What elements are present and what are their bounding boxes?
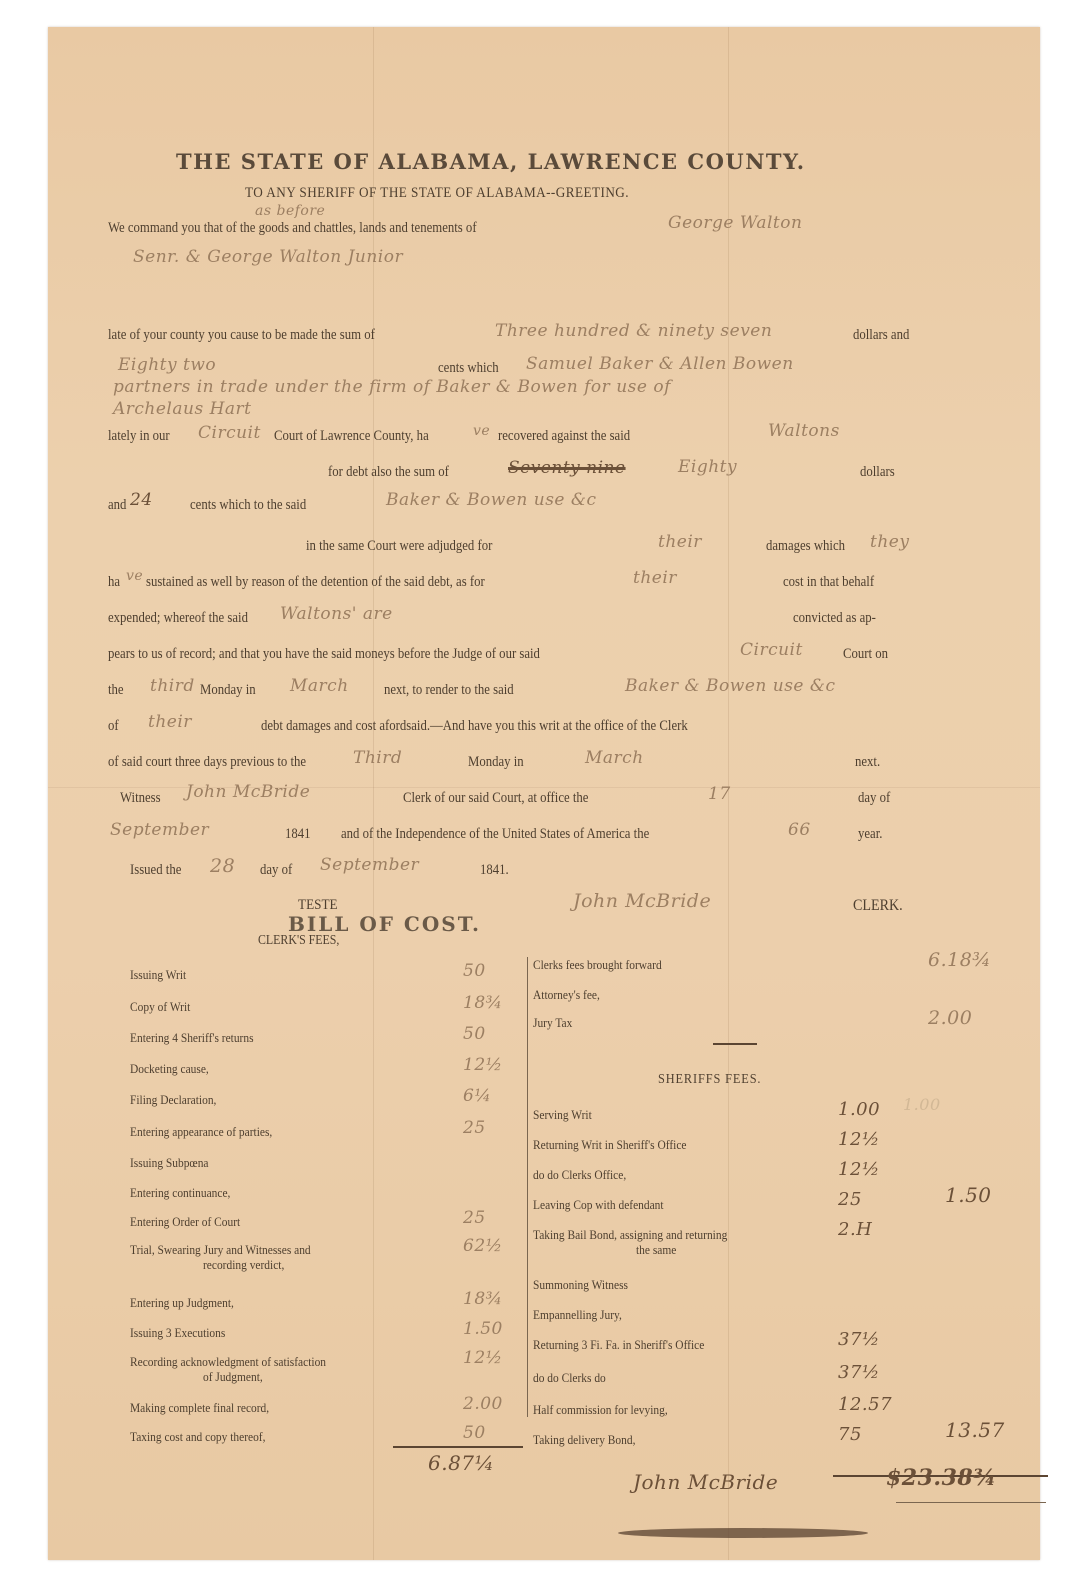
handwritten-use-of: Archelaus Hart <box>113 399 252 419</box>
handwritten-insert: ve <box>473 423 490 439</box>
handwritten-their: their <box>633 568 677 588</box>
fee-label: Clerks fees brought forward <box>533 957 662 973</box>
writ-line: lately in our <box>108 428 170 445</box>
handwritten-insert: as before <box>255 203 325 219</box>
handwritten-defendant-2: Senr. & George Walton Junior <box>133 247 403 267</box>
handwritten-plaintiffs: Baker & Bowen use &c <box>625 676 836 696</box>
clerk-label: CLERK. <box>853 897 903 915</box>
fee-label: Docketing cause, <box>130 1061 209 1077</box>
handwritten-cents: 24 <box>130 490 153 510</box>
fee-label-continued: recording verdict, <box>203 1257 284 1273</box>
fee-label: do do Clerks Office, <box>533 1167 626 1183</box>
fee-amount: 37½ <box>838 1329 880 1350</box>
handwritten-court: Circuit <box>740 640 803 660</box>
writ-line: day of <box>858 790 890 807</box>
ink-flourish <box>618 1528 868 1538</box>
writ-line: in the same Court were adjudged for <box>306 538 492 555</box>
fee-label: Attorney's fee, <box>533 987 600 1003</box>
grand-total: $23.38¾ <box>886 1465 997 1491</box>
writ-line: and <box>108 497 126 514</box>
handwritten-clerk-name: John McBride <box>186 782 310 802</box>
fee-label: Jury Tax <box>533 1015 572 1031</box>
writ-line: damages which <box>766 538 845 555</box>
fee-label: Summoning Witness <box>533 1277 628 1293</box>
writ-line: Court on <box>843 646 888 663</box>
underline <box>896 1502 1046 1503</box>
fee-label: Entering continuance, <box>130 1185 230 1201</box>
fee-amount: 75 <box>838 1424 862 1445</box>
fee-label-continued: of Judgment, <box>203 1369 263 1385</box>
handwritten-third: Third <box>353 748 402 768</box>
writ-line: of said court three days previous to the <box>108 754 306 771</box>
fee-label: Issuing Writ <box>130 967 186 983</box>
clerks-fees-total: 6.87¼ <box>428 1451 494 1475</box>
fee-amount: 25 <box>838 1189 862 1210</box>
fee-amount: 2.00 <box>928 1007 972 1029</box>
writ-line: 1841 <box>285 826 311 843</box>
writ-line: expended; whereof the said <box>108 610 248 627</box>
writ-line: Monday in <box>468 754 524 771</box>
writ-line: Monday in <box>200 682 256 699</box>
handwritten-partners: partners in trade under the firm of Bake… <box>113 377 671 397</box>
writ-line: debt damages and cost afordsaid.—And hav… <box>261 718 688 735</box>
fee-amount: 18¾ <box>463 1289 503 1309</box>
fee-amount: 12½ <box>463 1348 503 1368</box>
handwritten-they: they <box>870 532 909 552</box>
final-signature: John McBride <box>633 1470 778 1494</box>
fee-label: Taking delivery Bond, <box>533 1432 635 1448</box>
fee-label: Issuing 3 Executions <box>130 1325 225 1341</box>
fee-label: Taxing cost and copy thereof, <box>130 1429 265 1445</box>
faded-note: 1.00 <box>903 1095 941 1114</box>
writ-line: recovered against the said <box>498 428 630 445</box>
fee-amount: 1.00 <box>838 1099 880 1120</box>
fee-amount: 6.18¾ <box>928 949 991 971</box>
writ-line: cents which to the said <box>190 497 306 514</box>
writ-line: of <box>108 718 119 735</box>
writ-line: next, to render to the said <box>384 682 514 699</box>
fee-label: Copy of Writ <box>130 999 190 1015</box>
writ-line: Clerk of our said Court, at office the <box>403 790 588 807</box>
fee-amount: 6¼ <box>463 1086 491 1106</box>
handwritten-defendants: Waltons <box>768 421 840 441</box>
struck-out-amount: Seventy nine <box>508 458 626 478</box>
handwritten-debt: Eighty <box>678 457 737 477</box>
writ-line: late of your county you cause to be made… <box>108 327 375 344</box>
handwritten-their: their <box>658 532 702 552</box>
writ-line: We command you that of the goods and cha… <box>108 220 477 237</box>
fee-amount: 50 <box>463 1423 486 1443</box>
writ-line: ha <box>108 574 120 591</box>
fee-label: Entering up Judgment, <box>130 1295 234 1311</box>
fee-amount: 50 <box>463 961 486 981</box>
fee-amount: 12.57 <box>838 1394 892 1415</box>
clerks-fees-heading: CLERK'S FEES, <box>258 932 339 948</box>
handwritten-plaintiffs: Samuel Baker & Allen Bowen <box>526 354 794 374</box>
handwritten-day: 28 <box>210 855 235 877</box>
writ-line: for debt also the sum of <box>328 464 449 481</box>
handwritten-month: September <box>110 820 209 840</box>
fee-amount: 25 <box>463 1208 486 1228</box>
writ-line: Issued the <box>130 862 181 879</box>
handwritten-sum: Three hundred & ninety seven <box>495 321 772 341</box>
fee-label: Entering 4 Sheriff's returns <box>130 1030 254 1046</box>
writ-line: Court of Lawrence County, ha <box>274 428 429 445</box>
writ-line: cost in that behalf <box>783 574 874 591</box>
fee-subtotal: 13.57 <box>945 1418 1005 1442</box>
writ-line: next. <box>855 754 880 771</box>
fee-amount: 12½ <box>463 1055 503 1075</box>
fee-label: Filing Declaration, <box>130 1092 216 1108</box>
writ-line: dollars <box>860 464 895 481</box>
fee-label: Half commission for levying, <box>533 1402 668 1418</box>
handwritten-insert: ve <box>126 568 143 584</box>
fee-label: Empannelling Jury, <box>533 1307 622 1323</box>
handwritten-court: Circuit <box>198 423 261 443</box>
fee-label: Entering Order of Court <box>130 1214 240 1230</box>
column-divider <box>527 957 528 1417</box>
fee-amount: 50 <box>463 1024 486 1044</box>
fee-label: do do Clerks do <box>533 1370 606 1386</box>
fee-label: Making complete final record, <box>130 1400 269 1416</box>
handwritten-year: 66 <box>788 820 811 840</box>
handwritten-day: 17 <box>708 784 731 804</box>
writ-line: day of <box>260 862 292 879</box>
handwritten-their: their <box>148 712 192 732</box>
writ-line: dollars and <box>853 327 909 344</box>
writ-line: year. <box>858 826 882 843</box>
writ-line: and of the Independence of the United St… <box>341 826 649 843</box>
section-divider <box>713 1043 757 1045</box>
fee-amount: 62½ <box>463 1236 503 1256</box>
writ-line: pears to us of record; and that you have… <box>108 646 540 663</box>
handwritten-defendants: Waltons' are <box>280 604 393 624</box>
fee-amount: 25 <box>463 1118 486 1138</box>
handwritten-third: third <box>150 676 195 696</box>
fee-label: Serving Writ <box>533 1107 592 1123</box>
writ-line: sustained as well by reason of the deten… <box>146 574 485 591</box>
writ-line: convicted as ap- <box>793 610 876 627</box>
document-subtitle: TO ANY SHERIFF OF THE STATE OF ALABAMA--… <box>245 185 629 202</box>
document-title: THE STATE OF ALABAMA, LAWRENCE COUNTY. <box>176 149 806 174</box>
handwritten-month: September <box>320 855 419 875</box>
fee-subtotal: 1.50 <box>945 1183 992 1207</box>
clerk-signature: John McBride <box>573 890 711 912</box>
fee-amount: 37½ <box>838 1362 880 1383</box>
sheriffs-fees-heading: SHERIFFS FEES. <box>658 1072 761 1088</box>
fee-label: Returning 3 Fi. Fa. in Sheriff's Office <box>533 1337 704 1353</box>
total-rule <box>393 1446 523 1448</box>
writ-line: Witness <box>120 790 161 807</box>
fee-label: Entering appearance of parties, <box>130 1124 272 1140</box>
fee-label: Leaving Cop with defendant <box>533 1197 664 1213</box>
handwritten-month: March <box>290 676 349 696</box>
fee-amount: 12½ <box>838 1159 880 1180</box>
fee-amount: 12½ <box>838 1129 880 1150</box>
fee-label: Trial, Swearing Jury and Witnesses and <box>130 1242 311 1258</box>
writ-line: cents which <box>438 360 499 377</box>
document-page: THE STATE OF ALABAMA, LAWRENCE COUNTY. T… <box>48 27 1040 1560</box>
writ-line: the <box>108 682 124 699</box>
fee-label: Issuing Subpœna <box>130 1155 208 1171</box>
handwritten-month: March <box>585 748 644 768</box>
handwritten-defendant: George Walton <box>668 213 802 233</box>
fee-amount: 2.H <box>838 1219 872 1240</box>
fee-label: Taking Bail Bond, assigning and returnin… <box>533 1227 727 1243</box>
fee-amount: 18¾ <box>463 993 503 1013</box>
fee-label: Recording acknowledgment of satisfaction <box>130 1354 326 1370</box>
fee-label-continued: the same <box>636 1242 676 1258</box>
writ-line: 1841. <box>480 862 509 879</box>
fee-amount: 2.00 <box>463 1394 503 1414</box>
fee-amount: 1.50 <box>463 1319 503 1339</box>
handwritten-plaintiffs: Baker & Bowen use &c <box>386 490 597 510</box>
handwritten-cents: Eighty two <box>118 355 216 375</box>
fee-label: Returning Writ in Sheriff's Office <box>533 1137 686 1153</box>
